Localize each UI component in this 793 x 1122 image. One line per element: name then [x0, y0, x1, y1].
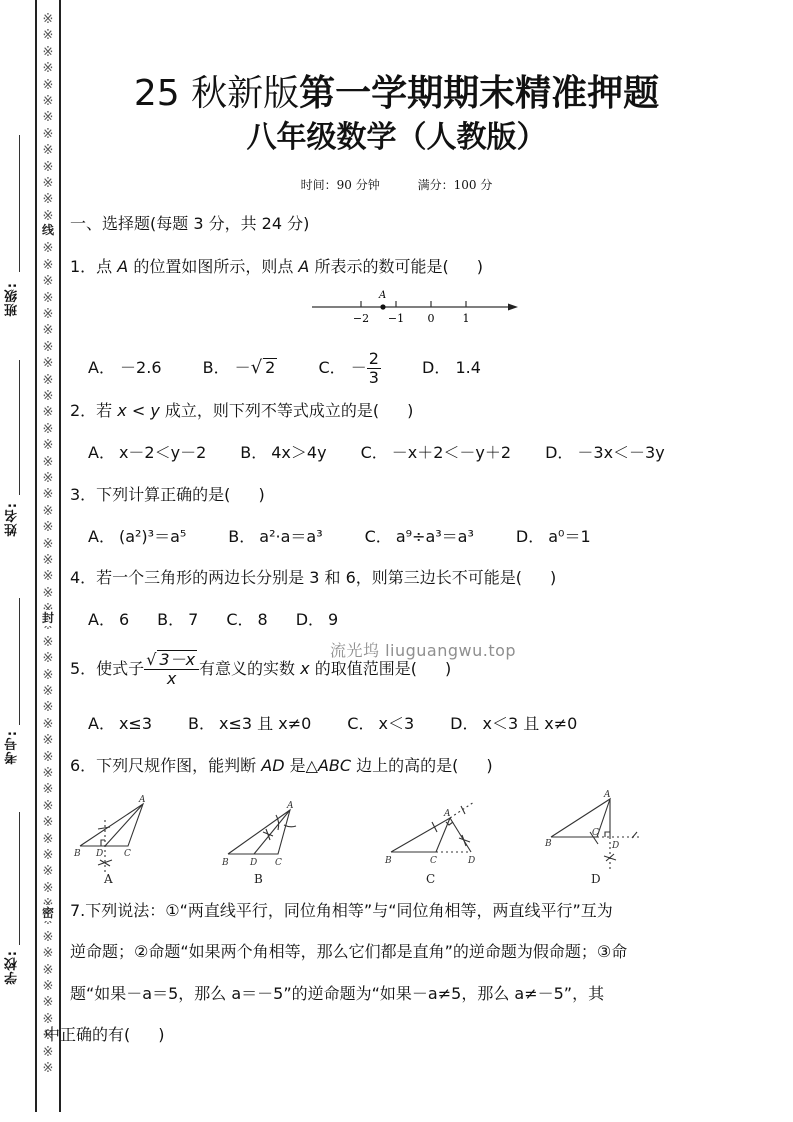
seal-star-icon: ※: [38, 717, 58, 733]
seal-star-icon: ※: [38, 537, 58, 553]
question-7-line-2: 逆命题；②命题“如果两个角相等，那么它们都是直角”的逆命题为假命题；③命: [70, 941, 627, 963]
option-label: B．: [228, 527, 255, 546]
figure-caption: A: [103, 872, 113, 886]
info-field-line[interactable]: [19, 360, 20, 495]
seal-star-icon: ※: [38, 389, 58, 405]
info-field-line[interactable]: [19, 598, 20, 725]
seal-star-icon: ※: [38, 1061, 58, 1077]
radical-fraction: √3－xx: [144, 650, 199, 688]
svg-text:A: A: [443, 809, 451, 819]
seal-star-icon: ※: [38, 569, 58, 585]
number-line-tick-label: −2: [353, 312, 369, 325]
question-2-stem: 2．若 x < y 成立，则下列不等式成立的是(): [70, 400, 413, 422]
option-label: D．: [545, 443, 573, 462]
question-6-stem: 6．下列尺规作图，能判断 AD 是△ABC 边上的高的是(): [70, 755, 493, 777]
svg-text:A: A: [286, 801, 294, 811]
seal-star-icon: ※: [38, 471, 58, 487]
option-label: A．: [88, 443, 115, 462]
option-label: D．: [450, 714, 478, 733]
option-c[interactable]: C．－x＋2＜－y＋2: [361, 442, 512, 464]
option-label: C．: [365, 527, 392, 546]
option-value: 8: [258, 610, 268, 629]
question-4-stem: 4．若一个三角形的两边长分别是 3 和 6，则第三边长不可能是(): [70, 567, 556, 589]
option-d[interactable]: D．x＜3 且 x≠0: [450, 713, 577, 735]
seal-star-icon: ※: [38, 438, 58, 454]
option-b[interactable]: B． －√2: [203, 357, 278, 379]
number-line-tick-label: −1: [388, 312, 404, 325]
svg-text:B: B: [544, 839, 552, 849]
seal-star-icon: ※: [38, 750, 58, 766]
seal-star-icon: ※: [38, 963, 58, 979]
question-3-options: A．(a²)³＝a⁵B．a²·a＝a³C．a⁹÷a³＝a³D．a⁰＝1: [88, 526, 633, 548]
option-b[interactable]: B．4x＞4y: [240, 442, 326, 464]
point-a-dot: [380, 304, 385, 309]
option-c[interactable]: C． －23: [318, 350, 380, 387]
question-3-stem: 3．下列计算正确的是(): [70, 484, 265, 506]
option-value: a²·a＝a³: [259, 527, 322, 546]
seal-star-icon: ※: [38, 946, 58, 962]
option-label: D．: [296, 610, 324, 629]
seal-star-icon: ※: [38, 635, 58, 651]
seal-char: 密: [38, 905, 58, 921]
figure-caption: D: [591, 872, 601, 886]
option-value: a⁹÷a³＝a³: [396, 527, 474, 546]
option-a[interactable]: A． －2.6: [88, 357, 162, 379]
number-line-tick-label: 0: [428, 312, 435, 325]
question-1-options: A． －2.6 B． －√2 C． －23 D． 1.4: [88, 350, 517, 387]
option-label: A．: [88, 527, 115, 546]
question-7-line-3: 题“如果－a＝5，那么 a＝－5”的逆命题为“如果－a≠5，那么 a≠－5”，其: [70, 983, 604, 1005]
sqrt-icon: √: [251, 357, 262, 379]
option-value: x≤3: [119, 714, 152, 733]
seal-star-icon: ※: [38, 356, 58, 372]
svg-text:B: B: [221, 858, 229, 868]
seal-star-icon: ※: [38, 422, 58, 438]
option-value: x＜3 且 x≠0: [482, 714, 577, 733]
option-value: －x＋2＜－y＋2: [392, 443, 511, 462]
option-value: 6: [119, 610, 129, 629]
option-value: 7: [188, 610, 198, 629]
question-5-options: A．x≤3B．x≤3 且 x≠0C．x＜3D．x＜3 且 x≠0: [88, 713, 613, 735]
option-value: 4x＞4y: [271, 443, 326, 462]
svg-text:C: C: [592, 828, 599, 838]
figure-c[interactable]: B C D A C: [384, 802, 475, 886]
seal-star-icon: ※: [38, 1045, 58, 1061]
option-b[interactable]: B．a²·a＝a³: [228, 526, 322, 548]
seal-star-icon: ※: [38, 651, 58, 667]
svg-text:B: B: [73, 849, 81, 859]
option-d[interactable]: D． 1.4: [422, 357, 481, 379]
svg-text:D: D: [95, 849, 103, 859]
option-value: 9: [328, 610, 338, 629]
option-a[interactable]: A．x－2＜y－2: [88, 442, 206, 464]
svg-text:A: A: [138, 795, 146, 805]
option-d[interactable]: D．a⁰＝1: [516, 526, 591, 548]
option-d[interactable]: D．－3x＜－3y: [545, 442, 665, 464]
svg-text:C: C: [430, 856, 437, 866]
figure-caption: B: [254, 872, 263, 886]
svg-text:D: D: [249, 858, 257, 868]
q6-figures: B D C A A B D C A B B C: [0, 780, 793, 890]
info-field-label: 学校:: [3, 950, 33, 984]
option-b[interactable]: B．x≤3 且 x≠0: [188, 713, 311, 735]
option-d[interactable]: D．9: [296, 609, 339, 631]
seal-star-icon: ※: [38, 586, 58, 602]
seal-star-icon: ※: [38, 405, 58, 421]
option-label: C．: [361, 443, 388, 462]
option-label: D．: [516, 527, 544, 546]
option-c[interactable]: C．8: [226, 609, 267, 631]
option-value: (a²)³＝a⁵: [119, 527, 186, 546]
point-a-label: A: [378, 290, 386, 301]
seal-star-icon: ※: [38, 684, 58, 700]
option-label: C．: [226, 610, 253, 629]
seal-star-icon: ※: [38, 520, 58, 536]
info-field-label: 姓名:: [3, 502, 33, 536]
svg-text:C: C: [124, 849, 131, 859]
option-value: a⁰＝1: [548, 527, 590, 546]
seal-star-icon: ※: [38, 995, 58, 1011]
option-label: B．: [240, 443, 267, 462]
figure-d[interactable]: B C D A D: [544, 790, 640, 886]
number-line-figure: −2−101 A: [0, 0, 793, 340]
figure-caption: C: [426, 872, 435, 886]
arrow-icon: [508, 304, 518, 311]
fraction: 23: [367, 350, 381, 387]
question-7-line-4: 中正确的有(): [44, 1024, 165, 1046]
option-c[interactable]: C．x＜3: [347, 713, 414, 735]
svg-text:A: A: [603, 790, 611, 800]
option-label: B．: [188, 714, 215, 733]
option-value: －3x＜－3y: [577, 443, 664, 462]
seal-star-icon: ※: [38, 979, 58, 995]
seal-star-icon: ※: [38, 340, 58, 356]
seal-star-icon: ※: [38, 700, 58, 716]
option-c[interactable]: C．a⁹÷a³＝a³: [365, 526, 474, 548]
option-value: x≤3 且 x≠0: [219, 714, 311, 733]
seal-star-icon: ※: [38, 930, 58, 946]
option-label: B．: [157, 610, 184, 629]
svg-text:D: D: [611, 841, 619, 851]
seal-star-icon: ※: [38, 504, 58, 520]
seal-char: 封: [38, 610, 58, 626]
question-5-stem: 5．使式子√3－xx有意义的实数 x 的取值范围是(): [70, 650, 451, 688]
option-label: A．: [88, 714, 115, 733]
seal-star-icon: ※: [38, 455, 58, 471]
seal-star-icon: ※: [38, 487, 58, 503]
seal-star-icon: ※: [38, 373, 58, 389]
question-7-line-1: 7.下列说法：①“两直线平行，同位角相等”与“同位角相等，两直线平行”互为: [70, 900, 613, 922]
figure-b[interactable]: B D C A B: [221, 801, 296, 886]
option-value: x＜3: [378, 714, 414, 733]
svg-text:B: B: [384, 856, 392, 866]
seal-star-icon: ※: [38, 668, 58, 684]
option-a[interactable]: A．x≤3: [88, 713, 152, 735]
option-label: A．: [88, 610, 115, 629]
option-value: x－2＜y－2: [119, 443, 206, 462]
number-line-tick-label: 1: [463, 312, 470, 325]
question-4-options: A．6B．7C．8D．9: [88, 609, 366, 631]
svg-text:C: C: [275, 858, 282, 868]
option-label: C．: [347, 714, 374, 733]
figure-a[interactable]: B D C A A: [73, 795, 146, 886]
question-2-options: A．x－2＜y－2B．4x＞4yC．－x＋2＜－y＋2D．－3x＜－3y: [88, 442, 699, 464]
svg-text:D: D: [467, 856, 475, 866]
seal-star-icon: ※: [38, 733, 58, 749]
option-a[interactable]: A．6: [88, 609, 129, 631]
option-a[interactable]: A．(a²)³＝a⁵: [88, 526, 186, 548]
option-b[interactable]: B．7: [157, 609, 198, 631]
info-field-label: 考号:: [3, 730, 33, 764]
seal-star-icon: ※: [38, 553, 58, 569]
